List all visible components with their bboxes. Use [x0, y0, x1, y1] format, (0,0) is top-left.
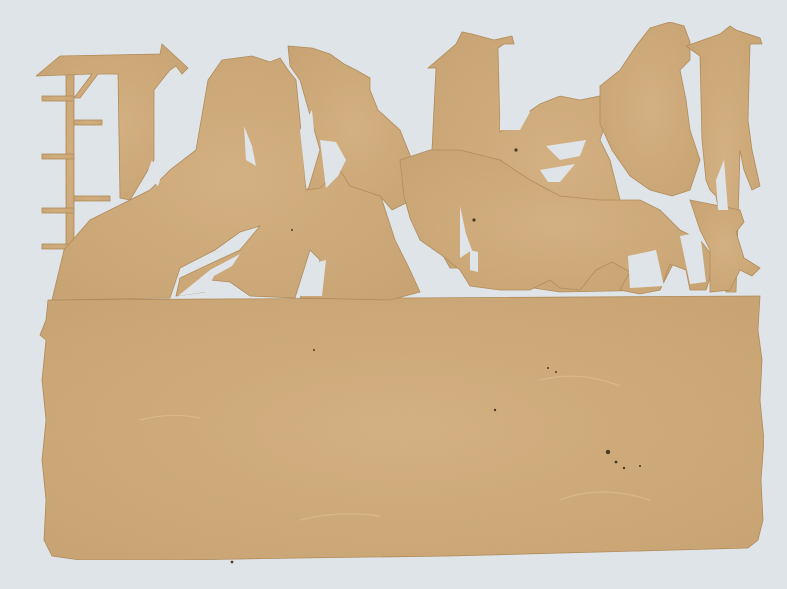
paper-base — [40, 296, 764, 560]
paper-cutout-scene — [0, 0, 787, 589]
rider-right — [600, 22, 700, 196]
